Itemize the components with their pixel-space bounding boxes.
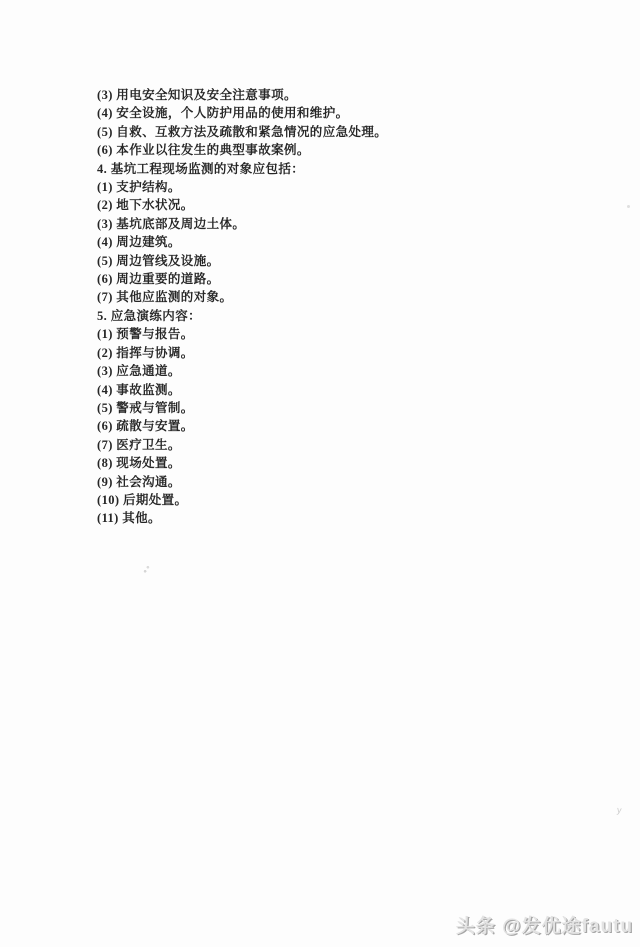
document-line: 5. 应急演练内容：: [97, 307, 577, 325]
document-line: (5) 周边管线及设施。: [97, 252, 577, 270]
document-line: (3) 基坑底部及周边土体。: [97, 215, 577, 233]
watermark-text: 头条 @发优途fautu: [456, 916, 633, 937]
document-line: 4. 基坑工程现场监测的对象应包括：: [97, 160, 577, 178]
watermark: 头条 @发优途fautu: [456, 911, 633, 938]
document-line: (7) 医疗卫生。: [97, 436, 577, 454]
document-line: (6) 疏散与安置。: [97, 417, 577, 435]
document-line: (11) 其他。: [97, 509, 577, 527]
document-line: (9) 社会沟通。: [97, 473, 577, 491]
document-line: (6) 周边重要的道路。: [97, 270, 577, 288]
document-line: (4) 事故监测。: [97, 381, 577, 399]
document-text-block: (3) 用电安全知识及安全注意事项。(4) 安全设施，个人防护用品的使用和维护。…: [97, 86, 577, 528]
document-line: (7) 其他应监测的对象。: [97, 288, 577, 306]
document-line: (2) 地下水状况。: [97, 196, 577, 214]
document-line: (1) 预警与报告。: [97, 325, 577, 343]
document-line: (4) 安全设施，个人防护用品的使用和维护。: [97, 104, 577, 122]
scan-artifact-mark: [143, 565, 150, 574]
document-line: (3) 应急通道。: [97, 362, 577, 380]
document-line: (5) 自救、互救方法及疏散和紧急情况的应急处理。: [97, 123, 577, 141]
document-line: (6) 本作业以往发生的典型事故案例。: [97, 141, 577, 159]
scan-artifact-tick: y: [616, 805, 622, 816]
scan-artifact-speck: [627, 205, 630, 208]
scanned-document-page: (3) 用电安全知识及安全注意事项。(4) 安全设施，个人防护用品的使用和维护。…: [0, 0, 640, 947]
document-line: (4) 周边建筑。: [97, 233, 577, 251]
document-line: (3) 用电安全知识及安全注意事项。: [97, 86, 577, 104]
document-line: (10) 后期处置。: [97, 491, 577, 509]
document-line: (8) 现场处置。: [97, 454, 577, 472]
document-line: (2) 指挥与协调。: [97, 344, 577, 362]
document-line: (1) 支护结构。: [97, 178, 577, 196]
document-line: (5) 警戒与管制。: [97, 399, 577, 417]
